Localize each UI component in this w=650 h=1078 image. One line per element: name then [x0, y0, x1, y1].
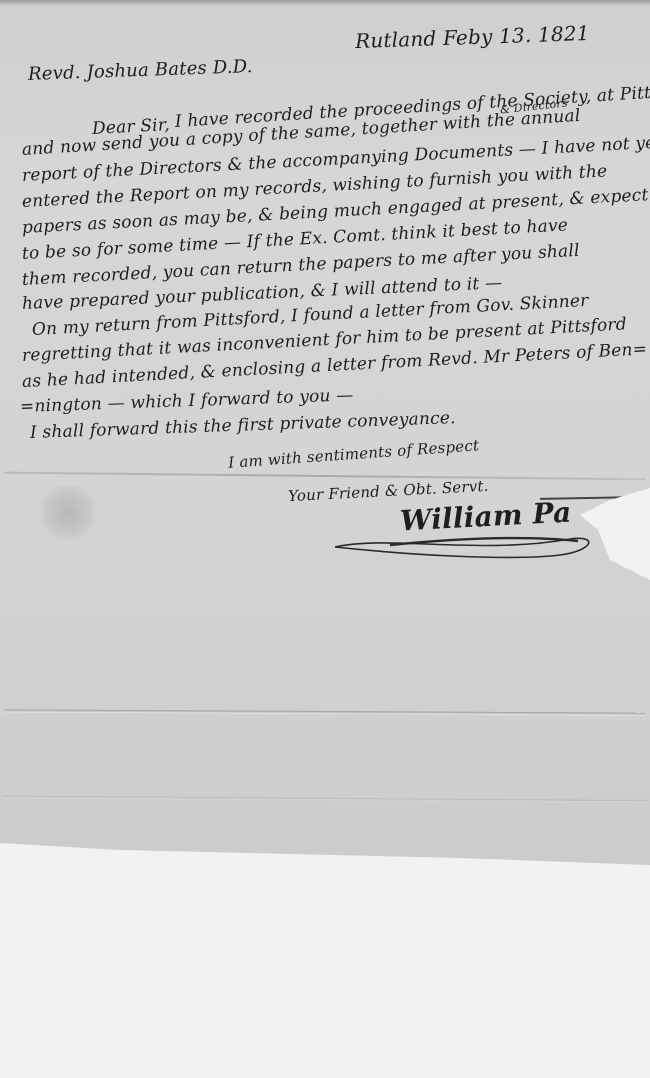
paper-top-edge	[0, 0, 650, 6]
signature-flourish	[330, 525, 600, 565]
addressee: Revd. Joshua Bates D.D.	[28, 56, 253, 85]
fold-line	[4, 796, 646, 802]
fold-line	[4, 709, 646, 715]
torn-edge-ink-stroke	[540, 496, 635, 500]
fold-line	[4, 472, 646, 481]
body-line: =nington — which I forward to you —	[20, 385, 354, 417]
letter-paper: Rutland Feby 13. 1821 Revd. Joshua Bates…	[0, 0, 650, 870]
place-date: Rutland Feby 13. 1821	[355, 21, 590, 53]
closing-line: I am with sentiments of Respect	[228, 436, 480, 471]
ink-smudge	[38, 485, 98, 540]
